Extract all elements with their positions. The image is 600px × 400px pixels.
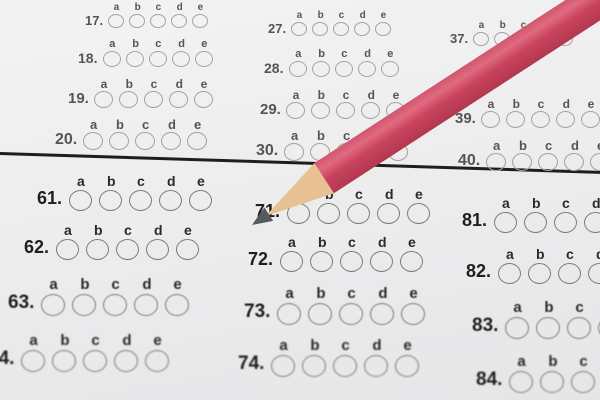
answer-bubble-b[interactable] xyxy=(99,190,122,211)
option-letter: c xyxy=(91,332,99,349)
option-letter: d xyxy=(167,173,176,189)
answer-bubble-b[interactable] xyxy=(528,263,551,284)
answer-bubble-a[interactable] xyxy=(271,355,295,377)
option-letter: d xyxy=(378,234,387,250)
option-letter: a xyxy=(297,10,303,21)
option-letter: d xyxy=(571,138,579,153)
answer-bubble-d[interactable] xyxy=(584,212,600,233)
answer-bubble-c[interactable] xyxy=(103,294,127,316)
question-number: 19. xyxy=(68,90,89,107)
question-number: 18. xyxy=(78,50,97,66)
answer-bubble-a[interactable] xyxy=(473,32,489,46)
option-letter: a xyxy=(517,353,525,370)
answer-bubble-d[interactable] xyxy=(114,350,138,372)
answer-bubble-d[interactable] xyxy=(564,153,584,171)
option-letter: a xyxy=(513,299,521,316)
question-number: 28. xyxy=(264,60,283,76)
answer-bubble-a[interactable] xyxy=(289,61,307,77)
answer-bubble-b[interactable] xyxy=(308,303,332,325)
answer-bubble-c[interactable] xyxy=(571,371,595,393)
answer-bubble-d[interactable] xyxy=(364,355,388,377)
question-number: 73. xyxy=(244,301,270,323)
question-number: 72. xyxy=(248,249,273,270)
option-letter: e xyxy=(387,48,393,60)
option-letter: d xyxy=(142,276,151,293)
answer-bubble-e[interactable] xyxy=(381,61,399,77)
answer-bubble-c[interactable] xyxy=(554,212,577,233)
answer-bubble-c[interactable] xyxy=(531,111,550,128)
option-letter: a xyxy=(295,48,301,60)
answer-bubble-c[interactable] xyxy=(150,14,166,28)
answer-bubble-d[interactable] xyxy=(370,251,393,272)
option-letter: e xyxy=(408,234,416,250)
question-number: 20. xyxy=(55,131,77,149)
option-letter: b xyxy=(80,276,89,293)
answer-bubble-c[interactable] xyxy=(339,303,363,325)
option-letter: a xyxy=(77,173,85,189)
option-letter: c xyxy=(343,88,350,102)
question-number: 37. xyxy=(450,31,468,46)
answer-bubble-c[interactable] xyxy=(144,91,163,108)
answer-bubble-d[interactable] xyxy=(358,61,376,77)
option-letter: a xyxy=(288,234,296,250)
option-letter: c xyxy=(545,138,552,153)
answer-bubble-e[interactable] xyxy=(187,132,207,150)
answer-bubble-b[interactable] xyxy=(312,22,328,36)
option-letter: d xyxy=(368,88,375,102)
option-letter: a xyxy=(29,332,37,349)
option-letter: b xyxy=(519,138,527,153)
option-letter: a xyxy=(109,38,115,50)
option-letter: b xyxy=(132,38,139,50)
answer-bubble-b[interactable] xyxy=(72,294,96,316)
option-letter: a xyxy=(285,285,293,302)
answer-bubble-b[interactable] xyxy=(302,355,326,377)
option-letter: e xyxy=(381,10,387,21)
option-letter: d xyxy=(168,117,176,132)
option-letter: d xyxy=(563,97,570,111)
answer-bubble-c[interactable] xyxy=(135,132,155,150)
option-letter: a xyxy=(502,195,510,211)
option-letter: d xyxy=(154,222,163,238)
answer-bubble-e[interactable] xyxy=(590,153,600,171)
question-number: 83. xyxy=(472,315,498,337)
answer-bubble-b[interactable] xyxy=(506,111,525,128)
answer-bubble-a[interactable] xyxy=(486,153,506,171)
answer-bubble-e[interactable] xyxy=(375,22,391,36)
answer-bubble-e[interactable] xyxy=(165,294,189,316)
answer-bubble-a[interactable] xyxy=(94,91,113,108)
option-letter: a xyxy=(479,20,485,31)
answer-bubble-e[interactable] xyxy=(145,350,169,372)
answer-bubble-b[interactable] xyxy=(312,61,330,77)
option-letter: a xyxy=(291,128,298,143)
option-letter: b xyxy=(318,10,324,21)
answer-bubble-d[interactable] xyxy=(172,51,190,67)
option-letter: c xyxy=(538,97,545,111)
option-letter: d xyxy=(372,337,381,354)
option-letter: c xyxy=(566,246,574,262)
option-letter: c xyxy=(156,2,162,13)
answer-bubble-d[interactable] xyxy=(146,239,169,260)
answer-bubble-c[interactable] xyxy=(116,239,139,260)
option-letter: b xyxy=(94,222,103,238)
option-letter: b xyxy=(548,353,557,370)
option-letter: b xyxy=(318,234,327,250)
option-letter: c xyxy=(137,173,145,189)
answer-bubble-b[interactable] xyxy=(310,251,333,272)
answer-bubble-c[interactable] xyxy=(567,317,591,339)
answer-bubble-c[interactable] xyxy=(347,203,370,224)
answer-bubble-d[interactable] xyxy=(159,190,182,211)
option-letter: d xyxy=(178,38,185,50)
option-letter: b xyxy=(513,97,520,111)
option-letter: d xyxy=(122,332,131,349)
option-letter: e xyxy=(173,276,181,293)
answer-bubble-d[interactable] xyxy=(171,14,187,28)
option-letter: b xyxy=(60,332,69,349)
option-letter: b xyxy=(318,48,325,60)
option-letter: a xyxy=(279,337,287,354)
answer-bubble-a[interactable] xyxy=(21,350,45,372)
answer-bubble-b[interactable] xyxy=(86,239,109,260)
question-number: 61. xyxy=(37,188,62,209)
answer-bubble-b[interactable] xyxy=(540,371,564,393)
option-letter: b xyxy=(500,20,506,31)
option-letter: a xyxy=(506,246,514,262)
answer-bubble-c[interactable] xyxy=(83,350,107,372)
answer-bubble-e[interactable] xyxy=(401,303,425,325)
option-letter: e xyxy=(201,77,208,91)
answer-bubble-e[interactable] xyxy=(400,251,423,272)
answer-bubble-b[interactable] xyxy=(317,203,340,224)
question-number: 27. xyxy=(268,21,286,36)
answer-bubble-a[interactable] xyxy=(505,317,529,339)
question-number: 62. xyxy=(24,237,49,258)
question-number: 64. xyxy=(0,348,14,370)
question-number: 29. xyxy=(260,101,281,118)
option-letter: c xyxy=(155,38,161,50)
answer-bubble-a[interactable] xyxy=(69,190,92,211)
option-letter: c xyxy=(355,186,363,202)
option-letter: e xyxy=(153,332,161,349)
option-letter: d xyxy=(385,186,394,202)
option-letter: b xyxy=(310,337,319,354)
option-letter: e xyxy=(184,222,192,238)
answer-bubble-e[interactable] xyxy=(407,203,430,224)
option-letter: a xyxy=(90,117,97,132)
answer-bubble-a[interactable] xyxy=(284,143,304,161)
option-letter: b xyxy=(135,2,141,13)
answer-bubble-d[interactable] xyxy=(134,294,158,316)
answer-bubble-c[interactable] xyxy=(333,22,349,36)
option-letter: c xyxy=(575,299,583,316)
answer-bubble-b[interactable] xyxy=(52,350,76,372)
answer-bubble-e[interactable] xyxy=(194,91,213,108)
answer-bubble-a[interactable] xyxy=(108,14,124,28)
question-number: 82. xyxy=(466,261,491,282)
answer-bubble-b[interactable] xyxy=(536,317,560,339)
answer-bubble-a[interactable] xyxy=(280,251,303,272)
answer-bubble-d[interactable] xyxy=(361,102,380,119)
option-letter: b xyxy=(532,195,541,211)
option-letter: c xyxy=(579,353,587,370)
answer-bubble-b[interactable] xyxy=(126,51,144,67)
option-letter: d xyxy=(177,2,183,13)
option-letter: c xyxy=(124,222,132,238)
option-letter: d xyxy=(360,10,366,21)
question-number: 74. xyxy=(238,353,264,375)
answer-bubble-d[interactable] xyxy=(377,203,400,224)
option-letter: e xyxy=(588,97,595,111)
question-number: 63. xyxy=(8,292,34,314)
question-number: 40. xyxy=(458,152,480,170)
answer-bubble-c[interactable] xyxy=(149,51,167,67)
answer-bubble-c[interactable] xyxy=(340,251,363,272)
option-letter: a xyxy=(101,77,108,91)
question-number: 17. xyxy=(85,13,103,28)
answer-bubble-d[interactable] xyxy=(354,22,370,36)
option-letter: e xyxy=(197,173,205,189)
answer-bubble-c[interactable] xyxy=(538,153,558,171)
option-letter: e xyxy=(409,285,417,302)
option-letter: b xyxy=(318,88,325,102)
answer-bubble-e[interactable] xyxy=(581,111,600,128)
answer-bubble-c[interactable] xyxy=(333,355,357,377)
answer-bubble-a[interactable] xyxy=(56,239,79,260)
answer-bubble-a[interactable] xyxy=(291,22,307,36)
answer-bubble-a[interactable] xyxy=(41,294,65,316)
question-number: 81. xyxy=(462,210,487,231)
option-letter: c xyxy=(347,285,355,302)
answer-bubble-b[interactable] xyxy=(311,102,330,119)
option-letter: e xyxy=(403,337,411,354)
option-letter: d xyxy=(176,77,183,91)
option-letter: e xyxy=(194,117,201,132)
answer-bubble-b[interactable] xyxy=(119,91,138,108)
answer-bubble-a[interactable] xyxy=(509,371,533,393)
answer-bubble-a[interactable] xyxy=(83,132,103,150)
option-letter: e xyxy=(393,88,400,102)
option-letter: e xyxy=(201,38,207,50)
option-letter: c xyxy=(142,117,149,132)
answer-bubble-d[interactable] xyxy=(169,91,188,108)
answer-bubble-a[interactable] xyxy=(103,51,121,67)
option-letter: a xyxy=(493,138,500,153)
answer-bubble-e[interactable] xyxy=(195,51,213,67)
answer-bubble-e[interactable] xyxy=(189,190,212,211)
answer-bubble-b[interactable] xyxy=(512,153,532,171)
answer-bubble-a[interactable] xyxy=(498,263,521,284)
option-letter: d xyxy=(592,195,600,211)
option-letter: d xyxy=(378,285,387,302)
option-letter: b xyxy=(317,128,325,143)
answer-bubble-c[interactable] xyxy=(335,61,353,77)
option-letter: b xyxy=(107,173,116,189)
option-letter: b xyxy=(316,285,325,302)
answer-bubble-d[interactable] xyxy=(370,303,394,325)
answer-bubble-b[interactable] xyxy=(129,14,145,28)
answer-bubble-d[interactable] xyxy=(161,132,181,150)
answer-bubble-c[interactable] xyxy=(129,190,152,211)
answer-bubble-c[interactable] xyxy=(336,102,355,119)
answer-bubble-a[interactable] xyxy=(286,102,305,119)
option-letter: a xyxy=(49,276,57,293)
option-letter: a xyxy=(293,88,300,102)
question-number: 30. xyxy=(256,142,278,160)
option-letter: c xyxy=(562,195,570,211)
option-letter: c xyxy=(111,276,119,293)
option-letter: c xyxy=(151,77,158,91)
answer-bubble-b[interactable] xyxy=(109,132,129,150)
option-letter: c xyxy=(341,337,349,354)
option-letter: e xyxy=(415,186,423,202)
option-letter: c xyxy=(341,48,347,60)
option-letter: d xyxy=(596,246,600,262)
answer-bubble-a[interactable] xyxy=(481,111,500,128)
answer-bubble-b[interactable] xyxy=(524,212,547,233)
option-letter: c xyxy=(339,10,345,21)
option-letter: c xyxy=(348,234,356,250)
answer-bubble-e[interactable] xyxy=(192,14,208,28)
option-letter: a xyxy=(488,97,495,111)
answer-bubble-a[interactable] xyxy=(494,212,517,233)
option-letter: b xyxy=(544,299,553,316)
question-number: 84. xyxy=(476,369,502,391)
answer-bubble-c[interactable] xyxy=(558,263,581,284)
option-letter: a xyxy=(64,222,72,238)
option-letter: b xyxy=(116,117,124,132)
answer-bubble-d[interactable] xyxy=(556,111,575,128)
option-letter: b xyxy=(536,246,545,262)
option-letter: a xyxy=(114,2,120,13)
option-letter: b xyxy=(126,77,133,91)
answer-bubble-e[interactable] xyxy=(176,239,199,260)
answer-bubble-e[interactable] xyxy=(395,355,419,377)
option-letter: e xyxy=(198,2,204,13)
answer-bubble-d[interactable] xyxy=(588,263,600,284)
answer-bubble-a[interactable] xyxy=(277,303,301,325)
option-letter: d xyxy=(364,48,371,60)
